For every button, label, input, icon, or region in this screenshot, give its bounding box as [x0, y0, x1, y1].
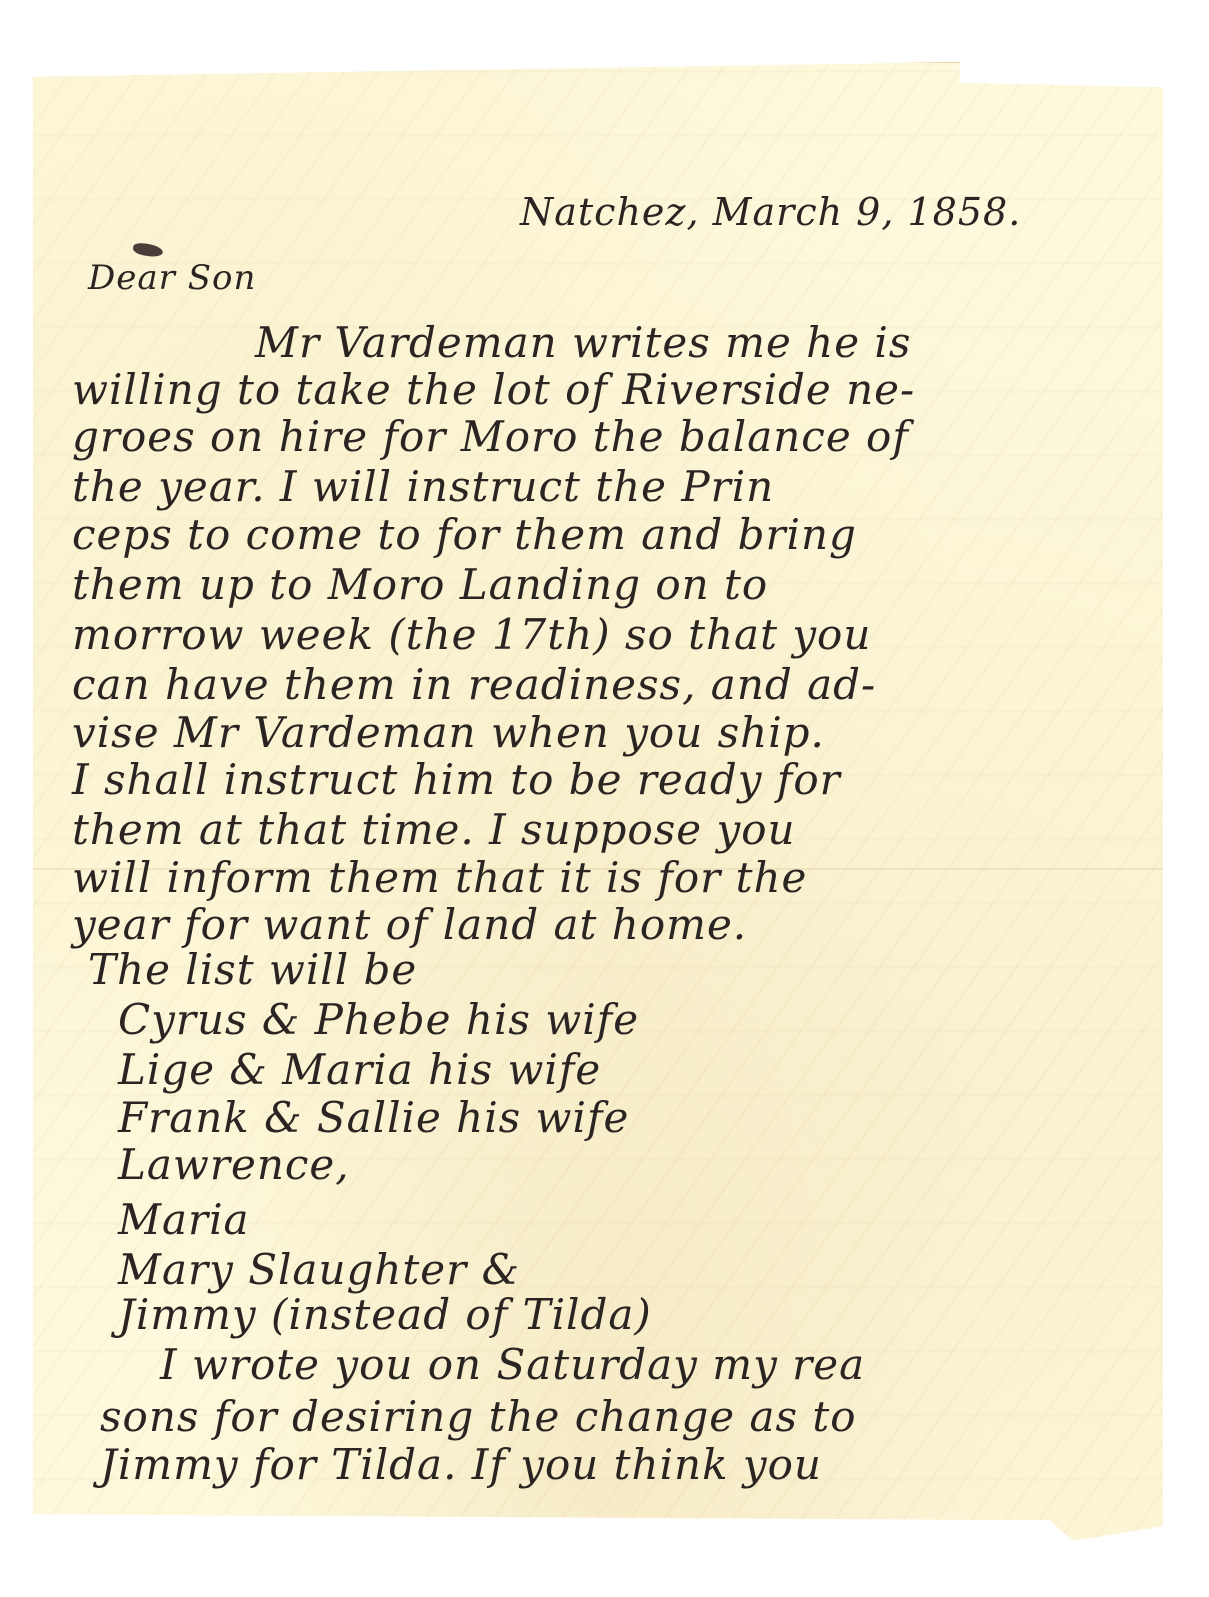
body-line: groes on hire for Moro the balance of	[72, 412, 909, 461]
dateline: Natchez, March 9, 1858.	[520, 190, 1021, 234]
body-line: Mr Vardeman writes me he is	[255, 318, 911, 367]
body-line: can have them in readiness, and ad-	[72, 660, 876, 709]
body-line: them at that time. I suppose you	[72, 805, 796, 854]
body-line: the year. I will instruct the Prin	[72, 462, 774, 511]
list-item: Frank & Sallie his wife	[118, 1093, 629, 1142]
body-line: willing to take the lot of Riverside ne-	[72, 365, 915, 414]
closing-line: I wrote you on Saturday my rea	[160, 1340, 865, 1389]
body-line: morrow week (the 17th) so that you	[72, 610, 871, 659]
body-line: I shall instruct him to be ready for	[72, 755, 841, 804]
salutation: Dear Son	[88, 258, 256, 298]
body-line: The list will be	[88, 945, 417, 994]
list-item: Maria	[118, 1195, 250, 1244]
closing-line: sons for desiring the change as to	[100, 1392, 857, 1441]
body-line: year for want of land at home.	[72, 900, 747, 949]
list-item: Jimmy (instead of Tilda)	[118, 1290, 652, 1339]
list-item: Cyrus & Phebe his wife	[118, 995, 639, 1044]
list-item: Lige & Maria his wife	[118, 1045, 601, 1094]
body-line: ceps to come to for them and bring	[72, 510, 857, 559]
body-line: vise Mr Vardeman when you ship.	[72, 708, 825, 757]
ink-blot	[132, 242, 163, 258]
closing-line: Jimmy for Tilda. If you think you	[100, 1440, 822, 1489]
body-line: will inform them that it is for the	[72, 853, 807, 902]
body-line: them up to Moro Landing on to	[72, 560, 768, 609]
list-item: Mary Slaughter &	[118, 1245, 520, 1294]
list-item: Lawrence,	[118, 1140, 350, 1189]
